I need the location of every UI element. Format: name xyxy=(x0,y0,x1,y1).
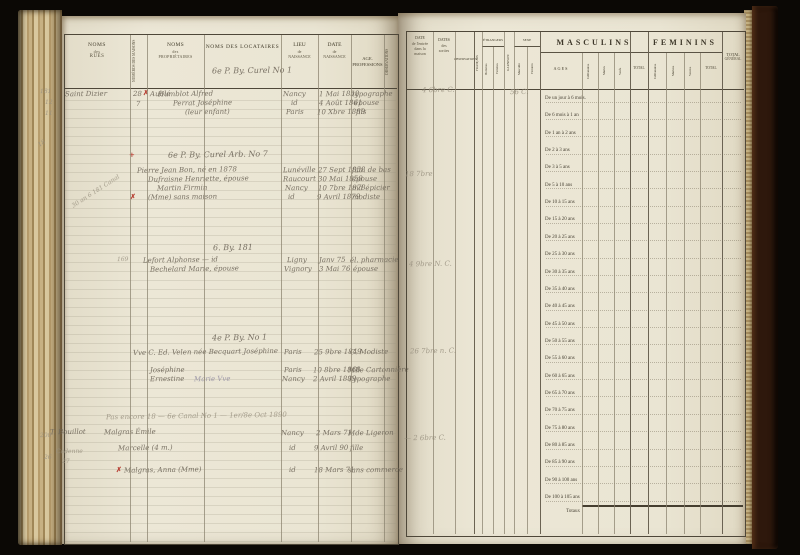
column-header-locataires: NOMS DES LOCATAIRES xyxy=(204,44,281,51)
column-header-ages: AGES xyxy=(540,66,582,71)
age-row-rule xyxy=(546,310,741,311)
entry-birthdate: 3 Mai 76 xyxy=(319,265,350,273)
column-line xyxy=(630,32,631,534)
entry-birthplace: id xyxy=(289,444,296,452)
group-band-rule xyxy=(540,52,722,53)
entry-tenant-name: Bechelard Marie, épouse xyxy=(150,264,239,273)
margin-number: 181 xyxy=(40,88,52,95)
entry-birthplace: Lunéville xyxy=(283,166,316,174)
column-line xyxy=(514,32,515,534)
entry-birthplace: Paris xyxy=(284,348,302,356)
column-header-entry-date: DATEde l'entréedans lamaison xyxy=(407,36,433,56)
subcolumn-sexe-feminin: Féminin xyxy=(530,50,538,88)
column-line xyxy=(666,53,667,534)
age-row-rule xyxy=(546,188,741,189)
age-row-label: De 5 à 10 ans xyxy=(545,183,572,188)
red-check-mark: ✗ xyxy=(143,88,149,97)
column-line xyxy=(147,35,148,542)
age-row-rule xyxy=(546,206,741,207)
column-line xyxy=(455,32,456,534)
entry-tenant-name: Ernestine xyxy=(150,375,185,383)
age-row-label: De 40 à 45 ans xyxy=(545,304,575,309)
age-row-label: De 75 à 80 ans xyxy=(545,426,575,431)
entry-tenant-name: Marcelle (4 m.) xyxy=(118,444,173,453)
column-line xyxy=(482,32,483,534)
entry-tenant-name: Lefort Alphonse — id xyxy=(143,255,218,264)
age-row-rule xyxy=(546,102,741,103)
entry-tenant-name: Martin Firmin xyxy=(157,184,207,193)
entry-birthplace: Nancy xyxy=(282,375,305,383)
column-line xyxy=(504,32,505,534)
totaux-label: Totaux xyxy=(540,509,580,514)
age-row-rule xyxy=(546,136,741,137)
column-header-proprietaires: NOMSdesPROPRIÉTAIRES xyxy=(147,42,204,59)
column-line xyxy=(684,53,685,534)
group-header-etrangers: ÉTRANGERS xyxy=(482,38,504,42)
entry-birthplace: id xyxy=(289,466,296,474)
entry-profession: Mlle Cartonnière xyxy=(348,366,409,375)
column-header-sorties: DATESdessorties xyxy=(433,38,455,53)
margin-number: 11 xyxy=(45,110,53,117)
entry-profession: épouse xyxy=(352,175,377,183)
column-line xyxy=(582,53,583,534)
entry-annotation: Marie Vve xyxy=(194,375,231,384)
age-row-rule xyxy=(546,154,741,155)
age-row-label: De 85 à 90 ans xyxy=(545,460,575,465)
age-row-rule xyxy=(546,431,741,432)
age-row-label: De 70 à 75 ans xyxy=(545,408,575,413)
pencil-date-note: — 2 6bre C. xyxy=(404,434,446,443)
right-page-body: De un jour à 6 mois.De 6 mois à 1 anDe 1… xyxy=(406,96,744,536)
pencil-date-note: 4 6bre C. xyxy=(422,86,455,94)
column-line xyxy=(722,32,723,534)
column-header-observations-left: OBSERVATIONS xyxy=(385,38,396,86)
column-line xyxy=(318,35,319,542)
age-row-label: De 45 à 50 ans xyxy=(545,322,575,327)
age-row-rule xyxy=(546,327,741,328)
margin-note: 27 xyxy=(62,458,70,465)
entry-profession: C. Modiste xyxy=(350,348,388,357)
age-row-label: De 100 à 105 ans xyxy=(545,495,580,500)
entry-profession: Mde Ligeron xyxy=(348,429,394,438)
margin-note: Cadenne xyxy=(56,448,83,455)
subcolumn-etrangers-femmes: Femmes xyxy=(495,50,503,88)
margin-number: 26 xyxy=(44,454,52,461)
entry-house-number: 7 xyxy=(136,100,141,108)
entry-tenant-name: Malgras, Anna (Mme) xyxy=(124,465,202,474)
age-row-label: De 15 à 20 ans xyxy=(545,217,575,222)
entry-tenant-name: (leur enfant) xyxy=(185,108,230,117)
age-row-rule xyxy=(546,258,741,259)
pencil-date-note: 18 7bre xyxy=(405,170,433,178)
age-row-label: De 90 à 100 ans xyxy=(545,478,577,483)
entry-birthdate: 9 Avril 90 xyxy=(314,444,348,452)
age-row-label: De 30 à 35 ans xyxy=(545,270,575,275)
column-line xyxy=(614,53,615,534)
age-row-label: De 3 à 5 ans xyxy=(545,165,570,170)
subcolumn-masc-veufs: Veufs xyxy=(618,54,626,88)
entry-profession: él. pharmacie xyxy=(350,256,399,265)
age-row-label: De 1 an à 2 ans xyxy=(545,131,576,136)
column-line xyxy=(204,35,205,542)
pencil-date-note: 56 C. xyxy=(510,88,529,96)
column-header-date: DATEdeNAISSANCE xyxy=(318,42,351,59)
age-row-label: De 10 à 15 ans xyxy=(545,200,575,205)
column-line xyxy=(598,53,599,534)
column-line xyxy=(130,35,131,542)
column-line xyxy=(474,32,475,534)
age-row-rule xyxy=(546,240,741,241)
subcolumn-sexe-masculin: Masculin xyxy=(517,50,525,88)
age-row-rule xyxy=(546,119,741,120)
entry-profession: fab. de bas xyxy=(352,166,391,175)
age-row-label: De 25 à 30 ans xyxy=(545,252,575,257)
right-header-rule xyxy=(406,89,744,90)
column-line xyxy=(351,35,352,542)
column-line xyxy=(433,32,434,534)
subcolumn-fem-mariees: Mariées xyxy=(671,54,679,88)
column-line xyxy=(281,35,282,542)
age-row-label: De 80 à 85 ans xyxy=(545,443,575,448)
group-header-masculins: MASCULINS xyxy=(540,38,648,48)
age-row-label: De 20 à 25 ans xyxy=(545,235,575,240)
age-row-rule xyxy=(546,414,741,415)
group-header-sexe: SEXE xyxy=(514,38,540,42)
age-row-label: De 35 à 40 ans xyxy=(545,287,575,292)
entry-owner: T. Bouillot xyxy=(50,428,86,436)
subcolumn-fem-veuves: Veuves xyxy=(688,54,696,88)
column-line xyxy=(540,32,541,534)
entry-profession: sans commerce xyxy=(348,466,403,475)
column-header-rues: NOMSdesRUES xyxy=(64,42,130,60)
entry-birthplace: Nancy xyxy=(283,90,306,98)
totaux-sum-line xyxy=(582,505,743,507)
age-row-label: De 50 à 55 ans xyxy=(545,339,575,344)
age-row-rule xyxy=(546,275,741,276)
entry-birthplace: id xyxy=(288,193,295,201)
column-header-masc-total: TOTAL xyxy=(630,66,648,70)
age-row-rule xyxy=(546,466,741,467)
age-row-rule xyxy=(546,344,741,345)
red-check-mark: ✗ xyxy=(116,465,122,474)
written-address-header: 6. By. 181 xyxy=(213,243,253,253)
subcolumn-masc-celibataires: Célibataires xyxy=(586,54,594,88)
age-row-label: De 60 à 65 ans xyxy=(545,374,575,379)
age-row-rule xyxy=(546,171,741,172)
subcolumn-fem-celibataires: Célibataires xyxy=(653,54,661,88)
entry-tenant-name: Dufraisne Henriette, épouse xyxy=(148,174,249,183)
written-address-header: 6e P. By. Curel Arb. No 7 xyxy=(168,149,268,159)
age-row-label: De un jour à 6 mois. xyxy=(545,96,586,101)
margin-number: 169 xyxy=(117,256,129,263)
entry-birthdate: 2 Mars 71 xyxy=(316,429,352,438)
column-header-age-professions: AGE. PROFESSIONS xyxy=(351,56,384,67)
age-row-label: De 6 mois à 1 an xyxy=(545,113,579,118)
age-row-rule xyxy=(546,379,741,380)
age-row-rule xyxy=(546,362,741,363)
entry-profession: fils xyxy=(356,108,367,116)
pencil-date-note: 4 9bre N. C. xyxy=(409,260,452,269)
age-row-rule xyxy=(546,449,741,450)
entry-profession: typographe xyxy=(352,90,393,99)
age-row-rule xyxy=(546,223,741,224)
age-row-rule xyxy=(546,483,741,484)
subcolumn-masc-maries: Mariés xyxy=(602,54,610,88)
written-address-header: 4e P. By. No 1 xyxy=(212,333,267,343)
entry-birthdate: Janv 75 xyxy=(319,256,346,264)
entry-birthplace: id xyxy=(291,99,298,107)
group-header-feminins: FEMININS xyxy=(648,38,722,48)
entry-profession: épouse xyxy=(353,265,378,273)
entry-birthplace: Nancy xyxy=(285,184,308,192)
column-header-lieu: LIEUdeNAISSANCE xyxy=(281,42,318,59)
column-line xyxy=(700,53,701,534)
entry-house-number: 28 xyxy=(133,90,142,98)
column-header-numeros: NUMÉROS DES MAISONS xyxy=(132,38,146,84)
column-header-total-general: TOTALGÉNÉRAL xyxy=(722,52,744,62)
age-row-label: De 55 à 60 ans xyxy=(545,356,575,361)
entry-tenant-name: (Mme) sans maison xyxy=(148,193,217,202)
register-book-photo: NOMSdesRUES NUMÉROS DES MAISONS NOMSdesP… xyxy=(0,0,800,555)
entry-birthplace: Raucourt xyxy=(283,175,316,183)
entry-street: Saint Dizier xyxy=(65,90,107,99)
entry-profession: modiste xyxy=(352,193,380,201)
entry-profession: épouse xyxy=(354,99,379,107)
age-row-label: De 65 à 70 ans xyxy=(545,391,575,396)
entry-birthplace: Paris xyxy=(284,366,302,374)
column-header-garnison: GARNISON xyxy=(506,40,513,86)
subcolumn-etrangers-hommes: Hommes xyxy=(484,50,492,88)
column-header-francais: FRANÇAIS xyxy=(475,40,482,86)
entry-tenant-name: Perrat Joséphine xyxy=(173,99,232,108)
column-line xyxy=(493,47,494,534)
entry-birthplace: Vignory xyxy=(284,265,312,273)
entry-birthplace: Ligny xyxy=(287,256,307,264)
column-header-observations-right: OBSERVATIONS xyxy=(454,57,475,61)
entry-birthplace: Nancy xyxy=(281,429,304,437)
column-line xyxy=(527,47,528,534)
age-row-rule xyxy=(546,292,741,293)
margin-number: 12 xyxy=(45,99,53,106)
entry-birthplace: Paris xyxy=(286,108,304,116)
age-row-rule xyxy=(546,501,741,502)
column-line xyxy=(384,35,385,542)
column-line xyxy=(648,32,649,534)
book-cover-edge xyxy=(752,6,778,549)
entry-tenant-name: Pierre Jean Bon, né en 1878 xyxy=(137,165,237,174)
age-row-label: De 2 à 3 ans xyxy=(545,148,570,153)
entry-tenant-name: Joséphine xyxy=(150,366,185,374)
column-header-fem-total: TOTAL xyxy=(700,66,722,70)
age-row-rule xyxy=(546,396,741,397)
